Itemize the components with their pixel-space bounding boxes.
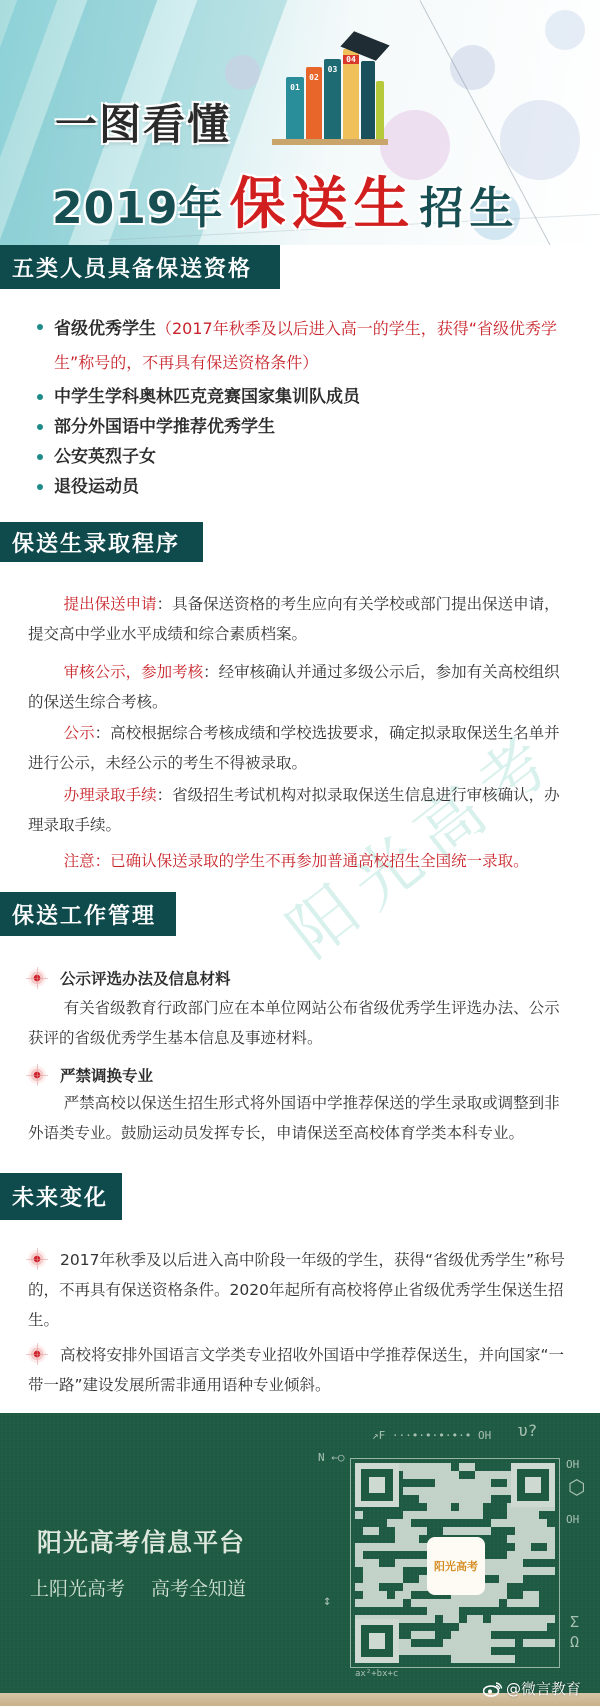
item-label: 退役运动员 [54,477,139,497]
banner-year: 2019年 [52,172,223,236]
management-item-text: 严禁高校以保送生招生形式将外国语中学推荐保送的学生录取或调整到非外语类专业。鼓励… [28,1088,573,1148]
chalk-doodle: OH [566,1458,579,1471]
weibo-handle: @微言教育 [506,1678,581,1699]
procedure-step: 办理录取手续：省级招生考试机构对拟录取保送生信息进行审核确认，办理录取手续。 [28,780,573,840]
list-item: 中学生学科奥林匹克竞赛国家集训队成员 [34,382,574,412]
target-bullet-icon [28,1250,46,1268]
book-3: 03 [324,59,341,139]
decor-bubble [225,55,260,90]
book-2: 02 [306,67,322,139]
decor-bubble [450,45,495,90]
section-heading-management: 保送工作管理 [0,892,176,936]
qr-finder [511,1463,555,1507]
list-item: 省级优秀学生（2017年秋季及以后进入高一的学生，获得“省级优秀学生”称号的，不… [34,312,574,380]
step-separator: ： [157,786,173,804]
chalk-doodle: υ? [518,1421,537,1440]
chalk-doodle: OH [566,1513,579,1526]
list-item: 部分外国语中学推荐优秀学生 [34,412,574,442]
books-illustration: 01 02 03 04 [272,34,402,149]
chalk-doodle: Σ [570,1613,579,1631]
management-item-title: 公示评选办法及信息材料 [28,967,231,989]
list-item: 公安英烈子女 [34,442,574,472]
future-item-text: 2017年秋季及以后进入高中阶段一年级的学生，获得“省级优秀学生”称号的，不再具… [28,1251,565,1329]
step-title: 办理录取手续 [64,786,157,804]
chalk-doodle: ⬡ [568,1475,585,1499]
item-title: 严禁调换专业 [60,1064,153,1086]
banner-highlight: 保送生 [229,160,415,240]
qualification-list: 省级优秀学生（2017年秋季及以后进入高一的学生，获得“省级优秀学生”称号的，不… [34,312,574,502]
section-heading-qualification: 五类人员具备保送资格 [0,245,280,289]
book-4: 04 [343,49,359,139]
chalk-doodle: Ω [570,1633,579,1651]
target-bullet-icon [28,1345,46,1363]
book-6 [376,81,384,139]
weibo-watermark: @微言教育 [483,1678,581,1699]
qr-logo: 阳光高考 [427,1537,485,1595]
book-1: 01 [286,77,304,139]
step-separator: ： [203,663,219,681]
step-title: 公示 [64,724,95,742]
platform-title: 阳光高考信息平台 [37,1523,245,1559]
future-item: 2017年秋季及以后进入高中阶段一年级的学生，获得“省级优秀学生”称号的，不再具… [28,1245,573,1335]
shelf [272,139,388,145]
slogan-right: 高考全知道 [151,1574,246,1601]
item-label: 省级优秀学生 [54,319,156,339]
book-5 [361,61,375,139]
chalk-doodle: ax²+bx+c [355,1669,398,1679]
step-title: 提出保送申请 [64,595,157,613]
platform-slogan: 上阳光高考 高考全知道 [30,1574,246,1601]
item-label: 公安英烈子女 [54,447,156,467]
header-banner: 01 02 03 04 一图看懂 2019年 保送生 招生 [0,0,600,245]
management-item-title: 严禁调换专业 [28,1064,153,1086]
footer-chalkboard: 阳光高考信息平台 上阳光高考 高考全知道 N ←○ ↗F ···•·•·•·•·… [0,1413,600,1693]
future-item: 高校将安排外国语言文学类专业招收外国语中学推荐保送生，并向国家“一带一路”建设发… [28,1340,573,1400]
item-title: 公示评选办法及信息材料 [60,967,231,989]
banner-title-line1: 一图看懂 [55,92,231,152]
chalk-doodle: ↕ [323,1593,331,1609]
target-bullet-icon [28,969,46,987]
decor-bubble [545,10,585,50]
qr-finder [355,1619,399,1663]
chalk-doodle: N ←○ [318,1451,345,1464]
banner-tail: 招生 [419,172,519,236]
step-title: 审核公示，参加考核 [64,663,204,681]
weibo-icon [483,1681,503,1697]
qr-finder [355,1463,399,1507]
section-heading-future: 未来变化 [0,1173,122,1220]
slogan-left: 上阳光高考 [30,1574,125,1601]
banner-title-line2: 2019年 保送生 招生 [52,160,519,240]
procedure-notice: 注意：已确认保送录取的学生不再参加普通高校招生全国统一录取。 [28,846,573,876]
qr-code[interactable]: 阳光高考 [350,1458,560,1668]
step-separator: ： [95,724,111,742]
list-item: 退役运动员 [34,472,574,502]
procedure-step: 提出保送申请：具备保送资格的考生应向有关学校或部门提出保送申请，提交高中学业水平… [28,589,573,649]
procedure-step: 审核公示，参加考核：经审核确认并通过多级公示后，参加有关高校组织的保送生综合考核… [28,657,573,717]
section-heading-procedure: 保送生录取程序 [0,522,203,562]
item-label: 中学生学科奥林匹克竞赛国家集训队成员 [54,387,360,407]
target-bullet-icon [28,1066,46,1084]
chalk-doodle: ↗F ···•·•·•·•·• OH [372,1429,491,1442]
management-item-text: 有关省级教育行政部门应在本单位网站公布省级优秀学生评选办法、公示获评的省级优秀学… [28,993,573,1053]
future-item-text: 高校将安排外国语言文学类专业招收外国语中学推荐保送生，并向国家“一带一路”建设发… [28,1346,564,1394]
step-separator: ： [157,595,173,613]
procedure-step: 公示：高校根据综合考核成绩和学校选拔要求，确定拟录取保送生名单并进行公示，未经公… [28,718,573,778]
item-label: 部分外国语中学推荐优秀学生 [54,417,275,437]
